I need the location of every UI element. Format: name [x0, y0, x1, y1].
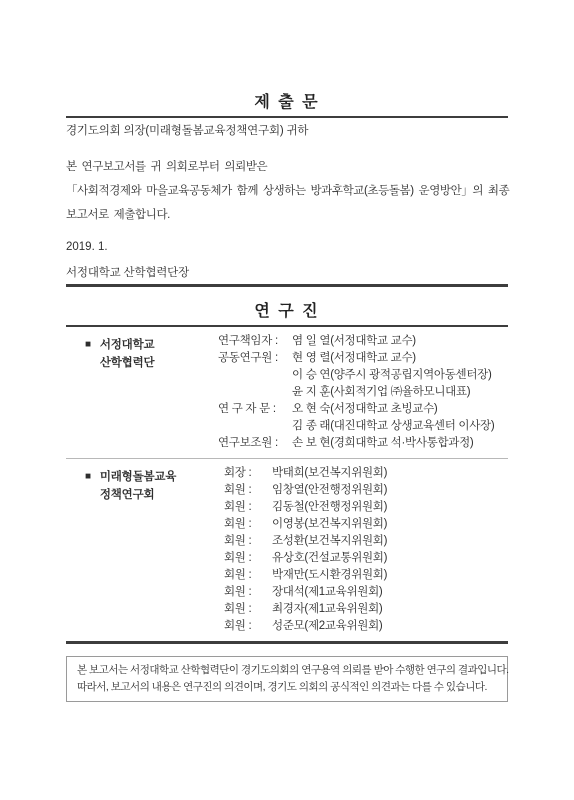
member-row: 회원 : 박재만(도시환경위원회)	[224, 567, 508, 584]
square-bullet-icon: ■	[85, 336, 91, 452]
group-members: 회장 : 박태희(보건복지위원회) 회원 : 임창열(안전행정위원회) 회원 :…	[218, 465, 508, 635]
member-role: 공동연구원 :	[218, 350, 292, 367]
body-line: 「사회적경제와 마을교육공동체가 함께 상생하는 방과후학교(초등돌봄) 운영방…	[66, 179, 508, 203]
member-row: 회원 : 조성환(보건복지위원회)	[224, 533, 508, 550]
research-team-title: 연 구 진	[66, 303, 508, 321]
disclaimer-line: 따라서, 보고서의 내용은 연구진의 의견이며, 경기도 의회의 공식적인 의견…	[77, 679, 497, 696]
team-bottom-divider	[66, 641, 508, 644]
group-label: ■ 미래형돌봄교육 정책연구회	[66, 465, 218, 635]
member-row: 회원 : 장대석(제1교육위원회)	[224, 584, 508, 601]
member-person: 박태희(보건복지위원회)	[272, 465, 387, 482]
member-person: 박재만(도시환경위원회)	[272, 567, 387, 584]
member-role: 회원 :	[224, 584, 272, 601]
member-person: 김동철(안전행정위원회)	[272, 499, 387, 516]
member-person: 조성환(보건복지위원회)	[272, 533, 387, 550]
member-person: 현 영 렬(서정대학교 교수)	[292, 350, 416, 367]
date-line: 2019. 1.	[66, 239, 508, 255]
member-row: 회원 : 성준모(제2교육위원회)	[224, 618, 508, 635]
member-role	[218, 367, 292, 384]
member-role: 회원 :	[224, 533, 272, 550]
team-group-university: ■ 서정대학교 산학협력단 연구책임자 : 염 일 열(서정대학교 교수) 공동…	[66, 327, 508, 458]
member-role: 회장 :	[224, 465, 272, 482]
group-label: ■ 서정대학교 산학협력단	[66, 333, 218, 452]
title-divider	[66, 116, 508, 118]
recipient-line: 경기도의회 의장(미래형돌봄교육정책연구회) 귀하	[66, 123, 508, 139]
group-name: 서정대학교 산학협력단	[100, 336, 155, 452]
body-line: 보고서로 제출합니다.	[66, 203, 508, 227]
member-person: 염 일 열(서정대학교 교수)	[292, 333, 416, 350]
group-name-line: 정책연구회	[100, 486, 176, 504]
member-row: 이 승 연(양주시 광적공립지역아동센터장)	[218, 367, 508, 384]
member-row: 연구책임자 : 염 일 열(서정대학교 교수)	[218, 333, 508, 350]
member-row: 연구보조원 : 손 보 현(경희대학교 석·박사통합과정)	[218, 435, 508, 452]
member-row: 회원 : 김동철(안전행정위원회)	[224, 499, 508, 516]
member-row: 회장 : 박태희(보건복지위원회)	[224, 465, 508, 482]
signer-line: 서정대학교 산학협력단장	[66, 265, 508, 284]
group-members: 연구책임자 : 염 일 열(서정대학교 교수) 공동연구원 : 현 영 렬(서정…	[218, 333, 508, 452]
member-role	[218, 418, 292, 435]
member-person: 장대석(제1교육위원회)	[272, 584, 382, 601]
document-page: 제 출 문 경기도의회 의장(미래형돌봄교육정책연구회) 귀하 본 연구보고서를…	[0, 0, 574, 800]
member-role: 회원 :	[224, 482, 272, 499]
member-role: 회원 :	[224, 601, 272, 618]
signer-divider	[66, 284, 508, 287]
body-line: 본 연구보고서를 귀 의회로부터 의뢰받은	[66, 155, 508, 179]
submission-body: 본 연구보고서를 귀 의회로부터 의뢰받은 「사회적경제와 마을교육공동체가 함…	[66, 155, 508, 227]
member-person: 성준모(제2교육위원회)	[272, 618, 382, 635]
member-person: 이 승 연(양주시 광적공립지역아동센터장)	[292, 367, 492, 384]
disclaimer-box: 본 보고서는 서정대학교 산학협력단이 경기도의회의 연구용역 의뢰를 받아 수…	[66, 656, 508, 702]
member-role: 연구보조원 :	[218, 435, 292, 452]
member-role: 회원 :	[224, 567, 272, 584]
member-row: 윤 지 훈(사회적기업 ㈜율하모니대표)	[218, 384, 508, 401]
member-row: 연 구 자 문 : 오 현 숙(서정대학교 초빙교수)	[218, 401, 508, 418]
team-group-policy-council: ■ 미래형돌봄교육 정책연구회 회장 : 박태희(보건복지위원회) 회원 : 임…	[66, 459, 508, 641]
submission-title: 제 출 문	[66, 94, 508, 112]
group-name-line: 서정대학교	[100, 336, 155, 354]
member-row: 김 종 래(대진대학교 상생교육센터 이사장)	[218, 418, 508, 435]
member-role	[218, 384, 292, 401]
member-person: 손 보 현(경희대학교 석·박사통합과정)	[292, 435, 473, 452]
member-role: 회원 :	[224, 550, 272, 567]
member-person: 이영봉(보건복지위원회)	[272, 516, 387, 533]
square-bullet-icon: ■	[85, 468, 91, 635]
member-role: 회원 :	[224, 618, 272, 635]
group-name-line: 미래형돌봄교육	[100, 468, 176, 486]
member-person: 유상호(건설교통위원회)	[272, 550, 387, 567]
group-name: 미래형돌봄교육 정책연구회	[100, 468, 176, 635]
member-person: 임창열(안전행정위원회)	[272, 482, 387, 499]
member-role: 회원 :	[224, 516, 272, 533]
member-person: 오 현 숙(서정대학교 초빙교수)	[292, 401, 437, 418]
member-row: 회원 : 임창열(안전행정위원회)	[224, 482, 508, 499]
member-role: 연구책임자 :	[218, 333, 292, 350]
member-person: 최경자(제1교육위원회)	[272, 601, 382, 618]
member-role: 회원 :	[224, 499, 272, 516]
disclaimer-line: 본 보고서는 서정대학교 산학협력단이 경기도의회의 연구용역 의뢰를 받아 수…	[77, 662, 497, 679]
group-name-line: 산학협력단	[100, 354, 155, 372]
member-row: 공동연구원 : 현 영 렬(서정대학교 교수)	[218, 350, 508, 367]
member-person: 윤 지 훈(사회적기업 ㈜율하모니대표)	[292, 384, 470, 401]
member-row: 회원 : 최경자(제1교육위원회)	[224, 601, 508, 618]
member-person: 김 종 래(대진대학교 상생교육센터 이사장)	[292, 418, 494, 435]
member-row: 회원 : 유상호(건설교통위원회)	[224, 550, 508, 567]
member-role: 연 구 자 문 :	[218, 401, 292, 418]
member-row: 회원 : 이영봉(보건복지위원회)	[224, 516, 508, 533]
